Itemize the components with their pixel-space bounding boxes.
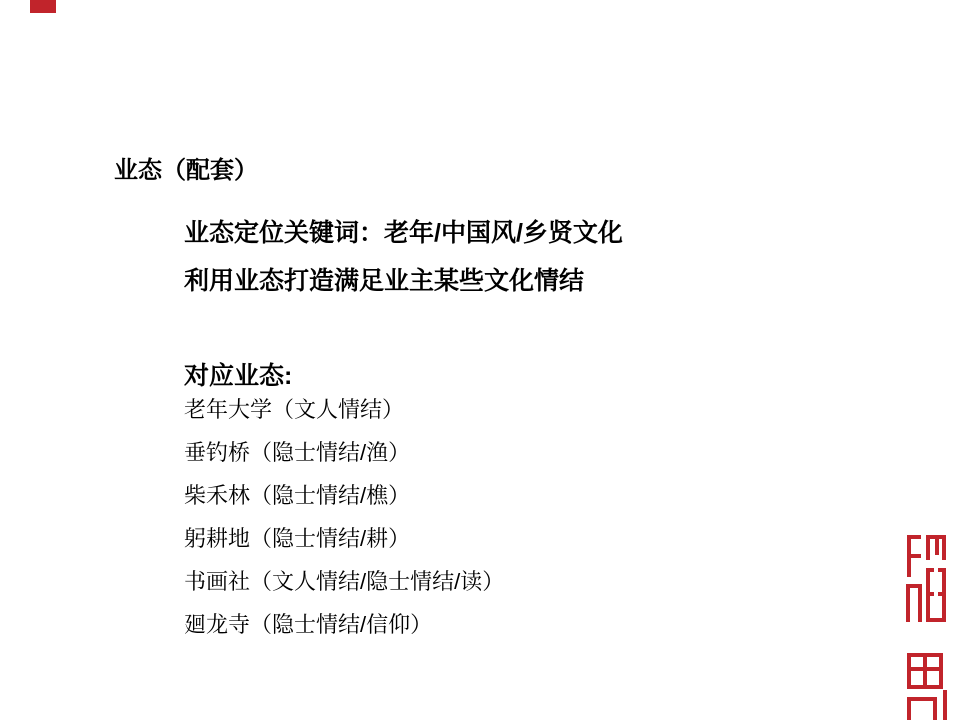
keyword-line: 业态定位关键词：老年/中国风/乡贤文化	[184, 213, 623, 249]
corner-accent-mark	[30, 0, 56, 13]
business-item: 老年大学（文人情结）	[184, 388, 504, 431]
business-item: 躬耕地（隐士情结/耕）	[184, 517, 504, 560]
seal-script-characters-icon	[904, 532, 948, 720]
brand-seal-logo	[904, 532, 948, 720]
slide-title: 业态（配套）	[114, 150, 258, 185]
business-item: 柴禾林（隐士情结/樵）	[184, 474, 504, 517]
business-item: 垂钓桥（隐士情结/渔）	[184, 431, 504, 474]
business-list: 老年大学（文人情结） 垂钓桥（隐士情结/渔） 柴禾林（隐士情结/樵） 躬耕地（隐…	[184, 388, 504, 646]
section-heading: 对应业态:	[184, 356, 292, 392]
business-item: 廻龙寺（隐士情结/信仰）	[184, 603, 504, 646]
business-item: 书画社（文人情结/隐士情结/读）	[184, 560, 504, 603]
slide-canvas: 业态（配套） 业态定位关键词：老年/中国风/乡贤文化 利用业态打造满足业主某些文…	[0, 0, 960, 720]
purpose-line: 利用业态打造满足业主某些文化情结	[184, 261, 584, 297]
